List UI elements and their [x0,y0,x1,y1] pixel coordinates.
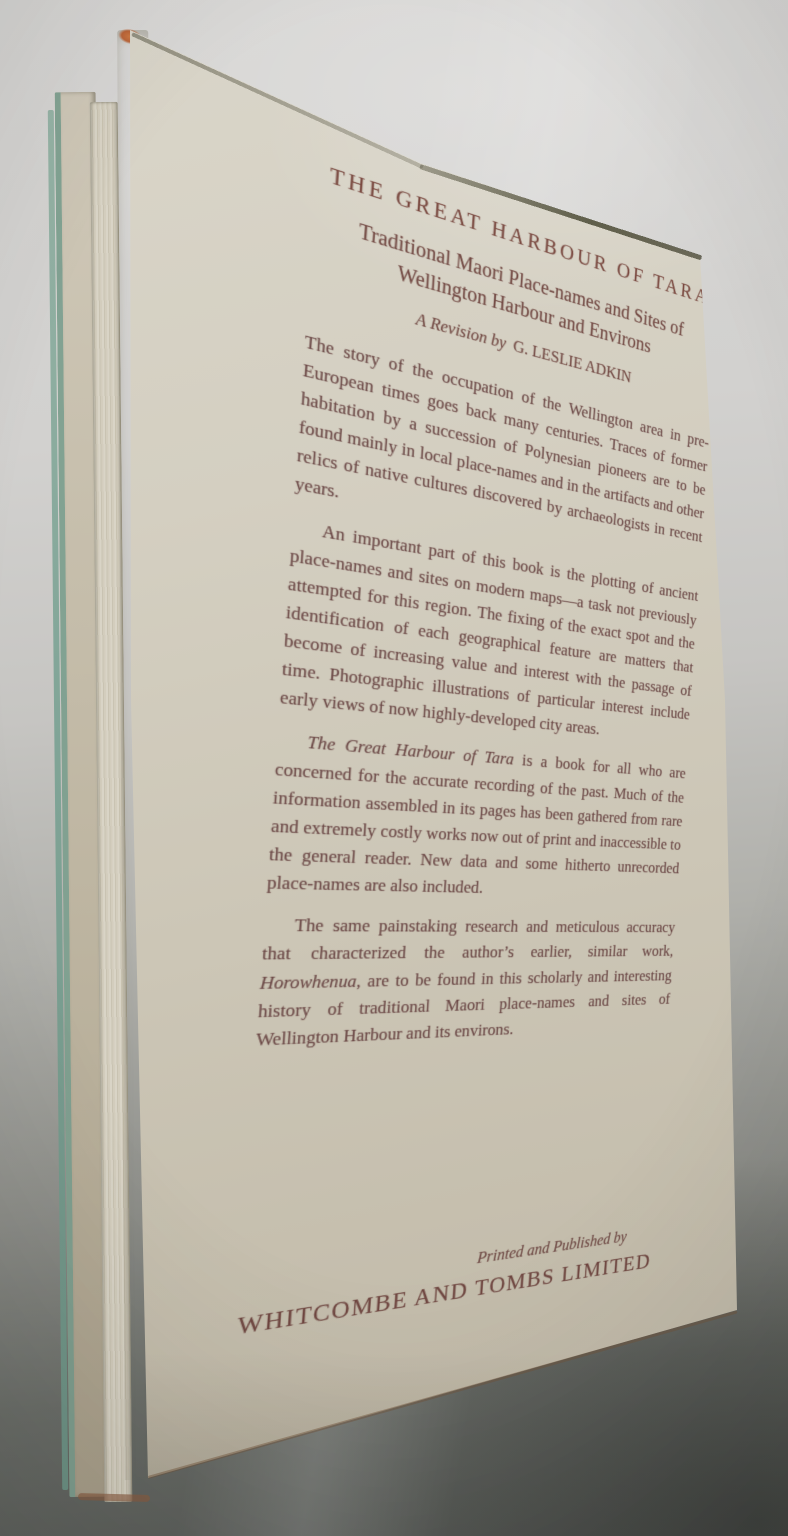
blurb-paragraph-4-pre: The same painstaking research and meticu… [261,915,675,964]
blurb: The story of the occupation of the Welli… [254,327,710,1068]
imprint-group: Printed and Published by WHITCOMBE AND T… [228,1223,655,1445]
blurb-paragraph-3-rest: is a book for all who are concerned for … [266,750,686,897]
blurb-paragraph-4: The same painstaking research and meticu… [255,912,676,1055]
blurb-paragraph-4-work-italic: Horowhenua [259,971,357,993]
blurb-paragraph-3: The Great Harbour of Tara is a book for … [266,726,686,904]
page-foot-stain [78,1493,150,1502]
jacket-text-block: THE GREAT HARBOUR OF TARA Traditional Ma… [145,65,746,1463]
book-photograph: THE GREAT HARBOUR OF TARA Traditional Ma… [0,0,788,1536]
